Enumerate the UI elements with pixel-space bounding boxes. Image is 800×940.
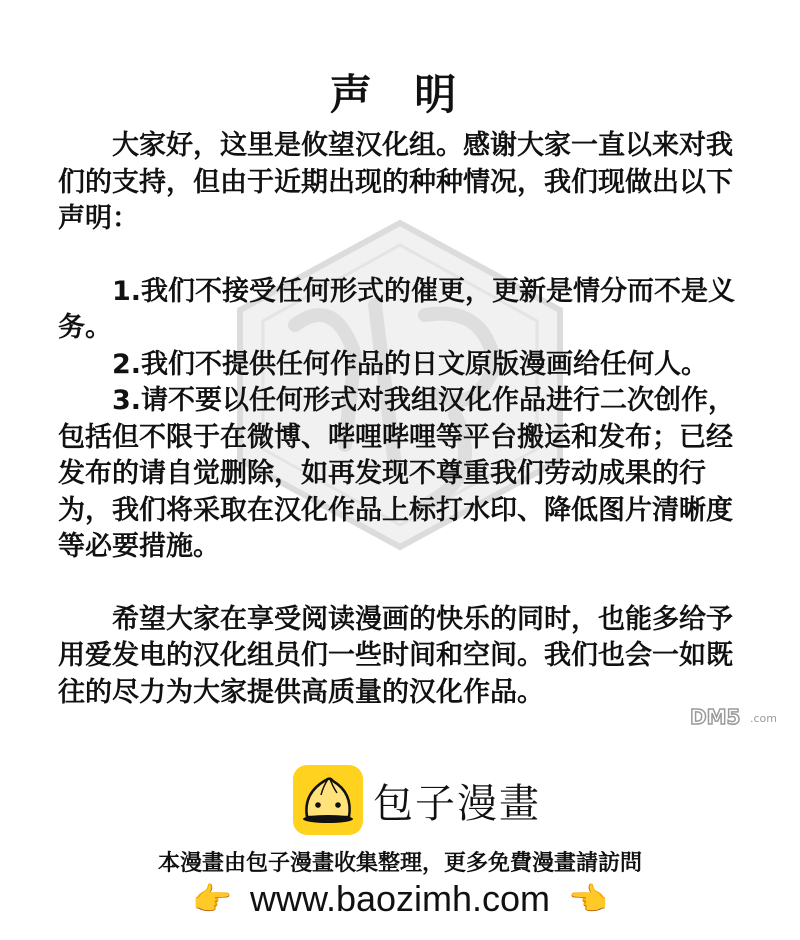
bun-logo-icon xyxy=(293,765,363,835)
page-title: 声 明 xyxy=(0,62,800,122)
closing-paragraph: 希望大家在享受阅读漫画的快乐的同时，也能多给予用爱发电的汉化组员们一些时间和空间… xyxy=(58,602,748,712)
brand-name: 包子漫畫 xyxy=(373,772,541,829)
footer-banner: 包子漫畫 本漫畫由包子漫畫收集整理，更多免費漫畫請訪問 👉 www.baozim… xyxy=(0,740,800,940)
clause-1: 1.我们不接受任何形式的催更，更新是情分而不是义务。 xyxy=(58,274,748,347)
svg-text:.com: .com xyxy=(750,712,777,725)
notice-body: 大家好，这里是攸望汉化组。感谢大家一直以来对我们的支持，但由于近期出现的种种情况… xyxy=(58,128,748,711)
url-row: 👉 www.baozimh.com 👈 xyxy=(0,878,800,920)
clause-3: 3.请不要以任何形式对我组汉化作品进行二次创作，包括但不限于在微博、哔哩哔哩等平… xyxy=(58,383,748,566)
dm5-logo-icon: DM5 .com xyxy=(688,702,792,732)
site-url-link[interactable]: www.baozimh.com xyxy=(250,878,550,920)
svg-text:DM5: DM5 xyxy=(690,705,740,729)
intro-paragraph: 大家好，这里是攸望汉化组。感谢大家一直以来对我们的支持，但由于近期出现的种种情况… xyxy=(58,128,748,238)
brand: 包子漫畫 xyxy=(293,765,541,835)
slogan: 本漫畫由包子漫畫收集整理，更多免費漫畫請訪問 xyxy=(0,846,800,877)
clause-2: 2.我们不提供任何作品的日文原版漫画给任何人。 xyxy=(58,347,748,384)
pointing-left-icon: 👈 xyxy=(568,883,608,915)
notice-page: 声 明 大家好，这里是攸望汉化组。感谢大家一直以来对我们的支持，但由于近期出现的… xyxy=(0,0,800,740)
pointing-right-icon: 👉 xyxy=(192,883,232,915)
